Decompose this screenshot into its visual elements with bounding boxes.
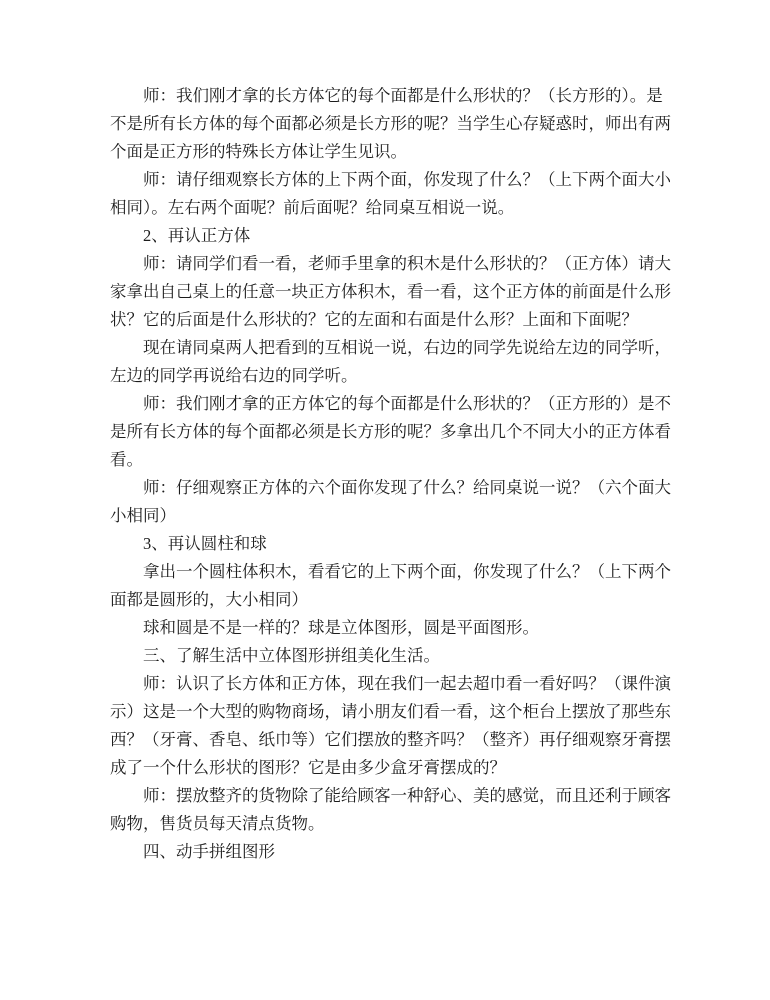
text-line: 师：请同学们看一看，老师手里拿的积木是什么形状的？（正方体）请大 xyxy=(110,250,676,278)
text-line: 师：仔细观察正方体的六个面你发现了什么？给同桌说一说？（六个面大 xyxy=(110,474,676,502)
text-line: 四、动手拼组图形 xyxy=(110,838,676,866)
text-line: 师：我们刚才拿的正方体它的每个面都是什么形状的？（正方形的）是不 xyxy=(110,390,676,418)
text-line: 购物，售货员每天清点货物。 xyxy=(110,810,676,838)
text-line: 家拿出自己桌上的任意一块正方体积木，看一看，这个正方体的前面是什么形 xyxy=(110,278,676,306)
text-line: 三、了解生活中立体图形拼组美化生活。 xyxy=(110,642,676,670)
text-line: 面都是圆形的，大小相同） xyxy=(110,586,676,614)
text-line: 左边的同学再说给右边的同学听。 xyxy=(110,362,676,390)
text-line: 现在请同桌两人把看到的互相说一说，右边的同学先说给左边的同学听， xyxy=(110,334,676,362)
text-line: 不是所有长方体的每个面都必须是长方形的呢？当学生心存疑惑时，师出有两 xyxy=(110,110,676,138)
text-line: 师：认识了长方体和正方体，现在我们一起去超巾看一看好吗？（课件演 xyxy=(110,670,676,698)
text-line: 成了一个什么形状的图形？它是由多少盒牙膏摆成的？ xyxy=(110,754,676,782)
text-line: 示）这是一个大型的购物商场，请小朋友们看一看，这个柜台上摆放了那些东 xyxy=(110,698,676,726)
text-line: 看。 xyxy=(110,446,676,474)
document-body: 师：我们刚才拿的长方体它的每个面都是什么形状的？（长方形的）。是 不是所有长方体… xyxy=(110,82,676,866)
text-line: 西？（牙膏、香皂、纸巾等）它们摆放的整齐吗？（整齐）再仔细观察牙膏摆 xyxy=(110,726,676,754)
text-line: 师：请仔细观察长方体的上下两个面，你发现了什么？（上下两个面大小 xyxy=(110,166,676,194)
text-line: 2、再认正方体 xyxy=(110,222,676,250)
text-line: 个面是正方形的特殊长方体让学生见识。 xyxy=(110,138,676,166)
text-line: 师：我们刚才拿的长方体它的每个面都是什么形状的？（长方形的）。是 xyxy=(110,82,676,110)
text-line: 小相同） xyxy=(110,502,676,530)
text-line: 3、再认圆柱和球 xyxy=(110,530,676,558)
text-line: 状？它的后面是什么形状的？它的左面和右面是什么形？上面和下面呢？ xyxy=(110,306,676,334)
text-line: 师：摆放整齐的货物除了能给顾客一种舒心、美的感觉，而且还利于顾客 xyxy=(110,782,676,810)
text-line: 拿出一个圆柱体积木，看看它的上下两个面，你发现了什么？（上下两个 xyxy=(110,558,676,586)
document-page: 师：我们刚才拿的长方体它的每个面都是什么形状的？（长方形的）。是 不是所有长方体… xyxy=(0,0,770,1000)
text-line: 是所有长方体的每个面都必须是长方形的呢？多拿出几个不同大小的正方体看 xyxy=(110,418,676,446)
text-line: 相同）。左右两个面呢？前后面呢？给同桌互相说一说。 xyxy=(110,194,676,222)
text-line: 球和圆是不是一样的？球是立体图形，圆是平面图形。 xyxy=(110,614,676,642)
